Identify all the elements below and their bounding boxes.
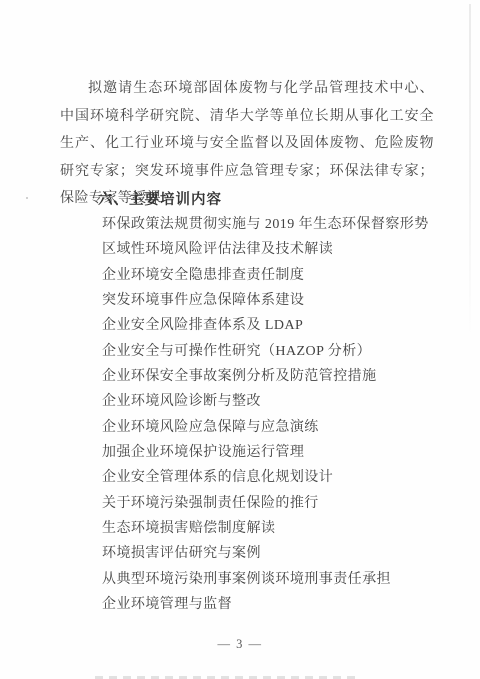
- topic-item: 关于环境污染强制责任保险的推行: [102, 491, 442, 516]
- topic-item: 生态环境损害赔偿制度解读: [102, 516, 442, 541]
- topic-item: 区域性环境风险评估法律及技术解读: [102, 237, 442, 262]
- topic-item: 企业环境安全隐患排查责任制度: [102, 263, 442, 288]
- topic-item: 企业环境风险诊断与整改: [102, 389, 442, 414]
- topics-list: 环保政策法规贯彻实施与 2019 年生态环保督察形势区域性环境风险评估法律及技术…: [102, 212, 442, 618]
- scan-speck: [26, 197, 28, 199]
- topic-item: 突发环境事件应急保障体系建设: [102, 288, 442, 313]
- topic-item: 企业环境风险应急保障与应急演练: [102, 415, 442, 440]
- topic-item: 加强企业环境保护设施运行管理: [102, 440, 442, 465]
- topic-item: 环境损害评估研究与案例: [102, 541, 442, 566]
- topic-item: 企业安全风险排查体系及 LDAP: [102, 313, 442, 338]
- topic-item: 企业安全管理体系的信息化规划设计: [102, 465, 442, 490]
- topic-item: 企业环保安全事故案例分析及防范管控措施: [102, 364, 442, 389]
- topic-item: 企业安全与可操作性研究（HAZOP 分析）: [102, 339, 442, 364]
- scan-edge-shadow: [469, 4, 471, 339]
- scanned-document-page: 拟邀请生态环境部固体废物与化学品管理技术中心、中国环境科学研究院、清华大学等单位…: [0, 0, 480, 679]
- topic-item: 从典型环境污染刑事案例谈环境刑事责任承担: [102, 567, 442, 592]
- topic-item: 企业环境管理与监督: [102, 592, 442, 617]
- section-heading: 六、主要培训内容: [98, 190, 222, 210]
- topic-item: 环保政策法规贯彻实施与 2019 年生态环保督察形势: [102, 212, 442, 237]
- page-number: — 3 —: [0, 637, 480, 652]
